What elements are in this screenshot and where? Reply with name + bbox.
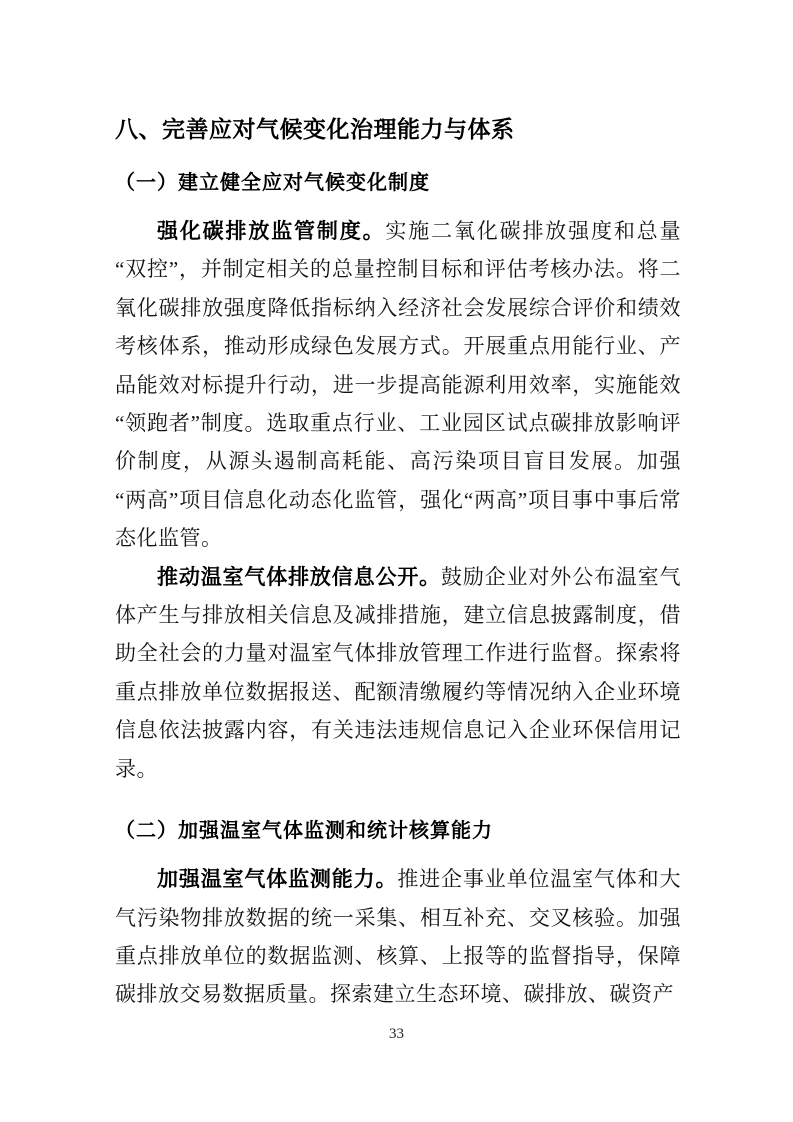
- section-heading-2: （二）加强温室气体监测和统计核算能力: [115, 816, 681, 846]
- page-number: 33: [0, 1026, 793, 1043]
- paragraph-ghg-monitoring: 加强温室气体监测能力。推进企事业单位温室气体和大气污染物排放数据的统一采集、相互…: [115, 860, 681, 1014]
- paragraph-strengthen-carbon-regulation: 强化碳排放监管制度。实施二氧化碳排放强度和总量“双控”，并制定相关的总量控制目标…: [115, 212, 681, 558]
- paragraph-lead: 加强温室气体监测能力。: [157, 867, 397, 891]
- paragraph-body: 鼓励企业对外公布温室气体产生与排放相关信息及减排措施，建立信息披露制度，借助全社…: [115, 565, 681, 781]
- document-content: 八、完善应对气候变化治理能力与体系 （一）建立健全应对气候变化制度 强化碳排放监…: [115, 114, 681, 1014]
- document-title: 八、完善应对气候变化治理能力与体系: [115, 114, 681, 144]
- paragraph-ghg-info-disclosure: 推动温室气体排放信息公开。鼓励企业对外公布温室气体产生与排放相关信息及减排措施，…: [115, 558, 681, 788]
- section-heading-1: （一）建立健全应对气候变化制度: [115, 168, 681, 198]
- paragraph-lead: 推动温室气体排放信息公开。: [157, 565, 441, 589]
- paragraph-body: 实施二氧化碳排放强度和总量“双控”，并制定相关的总量控制目标和评估考核办法。将二…: [115, 219, 681, 550]
- document-page: 八、完善应对气候变化治理能力与体系 （一）建立健全应对气候变化制度 强化碳排放监…: [0, 0, 793, 1122]
- paragraph-lead: 强化碳排放监管制度。: [157, 219, 385, 243]
